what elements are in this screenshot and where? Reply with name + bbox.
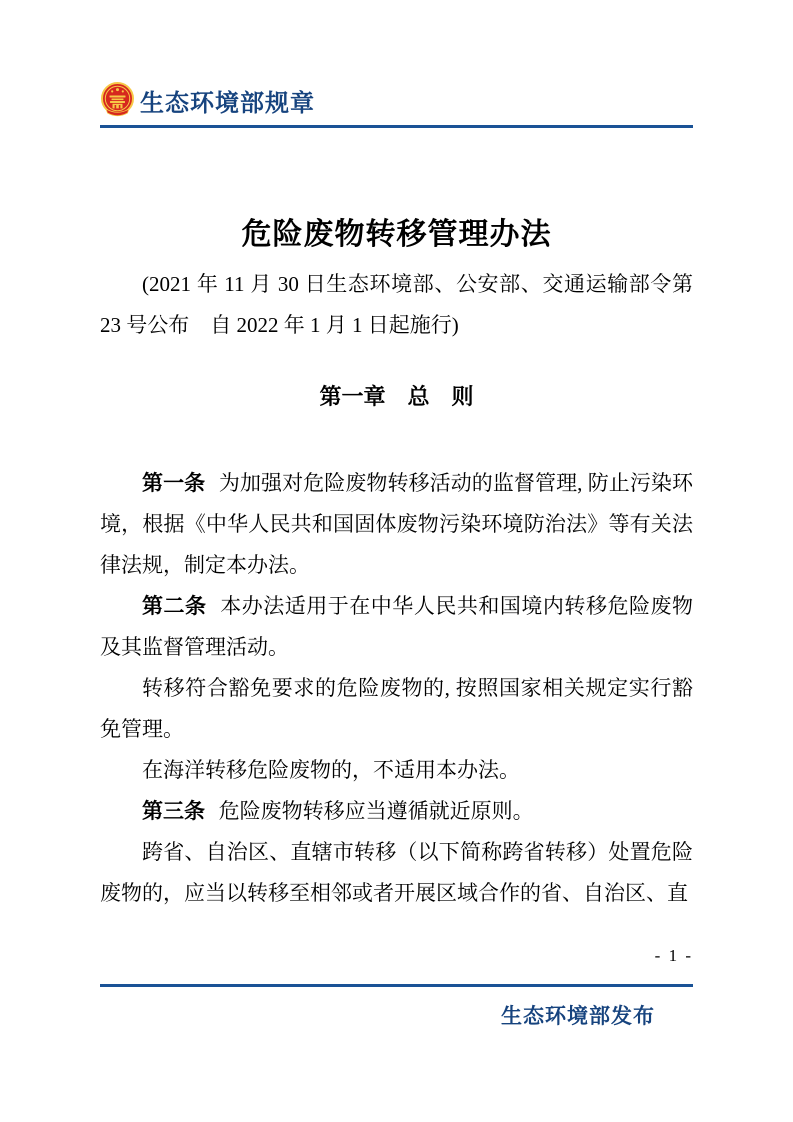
article-number: 第二条 (142, 595, 207, 618)
prc-national-emblem-icon (100, 82, 135, 119)
publisher-label: 生态环境部发布 (501, 1000, 655, 1030)
document-body: 危险废物转移管理办法 (2021 年 11 月 30 日生态环境部、公安部、交通… (100, 214, 693, 914)
paragraph-text: 转移符合豁免要求的危险废物的, 按照国家相关规定实行豁免管理。 (100, 676, 693, 741)
document-page: 生态环境部规章 危险废物转移管理办法 (2021 年 11 月 30 日生态环境… (0, 0, 793, 1122)
page-header: 生态环境部规章 (100, 82, 693, 119)
chapter-heading: 第一章 总 则 (100, 376, 693, 417)
article-number: 第三条 (142, 800, 205, 823)
body-paragraph: 跨省、自治区、直辖市转移（以下简称跨省转移）处置危险废物的，应当以转移至相邻或者… (100, 832, 693, 914)
document-title: 危险废物转移管理办法 (100, 214, 693, 256)
paragraph-text: 在海洋转移危险废物的，不适用本办法。 (142, 758, 520, 782)
body-paragraph: 第二条本办法适用于在中华人民共和国境内转移危险废物及其监督管理活动。 (100, 586, 693, 668)
header-category-label: 生态环境部规章 (140, 83, 315, 118)
paragraph-list: 第一条为加强对危险废物转移活动的监督管理, 防止污染环境，根据《中华人民共和国固… (100, 463, 693, 914)
article-number: 第一条 (142, 472, 205, 495)
promulgation-note: (2021 年 11 月 30 日生态环境部、公安部、交通运输部令第 23 号公… (100, 264, 693, 346)
body-paragraph: 第一条为加强对危险废物转移活动的监督管理, 防止污染环境，根据《中华人民共和国固… (100, 463, 693, 586)
body-paragraph: 在海洋转移危险废物的，不适用本办法。 (100, 750, 693, 791)
footer-divider (100, 984, 693, 987)
header-divider (100, 125, 693, 128)
body-paragraph: 第三条危险废物转移应当遵循就近原则。 (100, 791, 693, 832)
body-paragraph: 转移符合豁免要求的危险废物的, 按照国家相关规定实行豁免管理。 (100, 668, 693, 750)
paragraph-text: 跨省、自治区、直辖市转移（以下简称跨省转移）处置危险废物的，应当以转移至相邻或者… (100, 840, 693, 905)
paragraph-text: 危险废物转移应当遵循就近原则。 (219, 799, 534, 823)
page-number: - 1 - (655, 946, 693, 966)
